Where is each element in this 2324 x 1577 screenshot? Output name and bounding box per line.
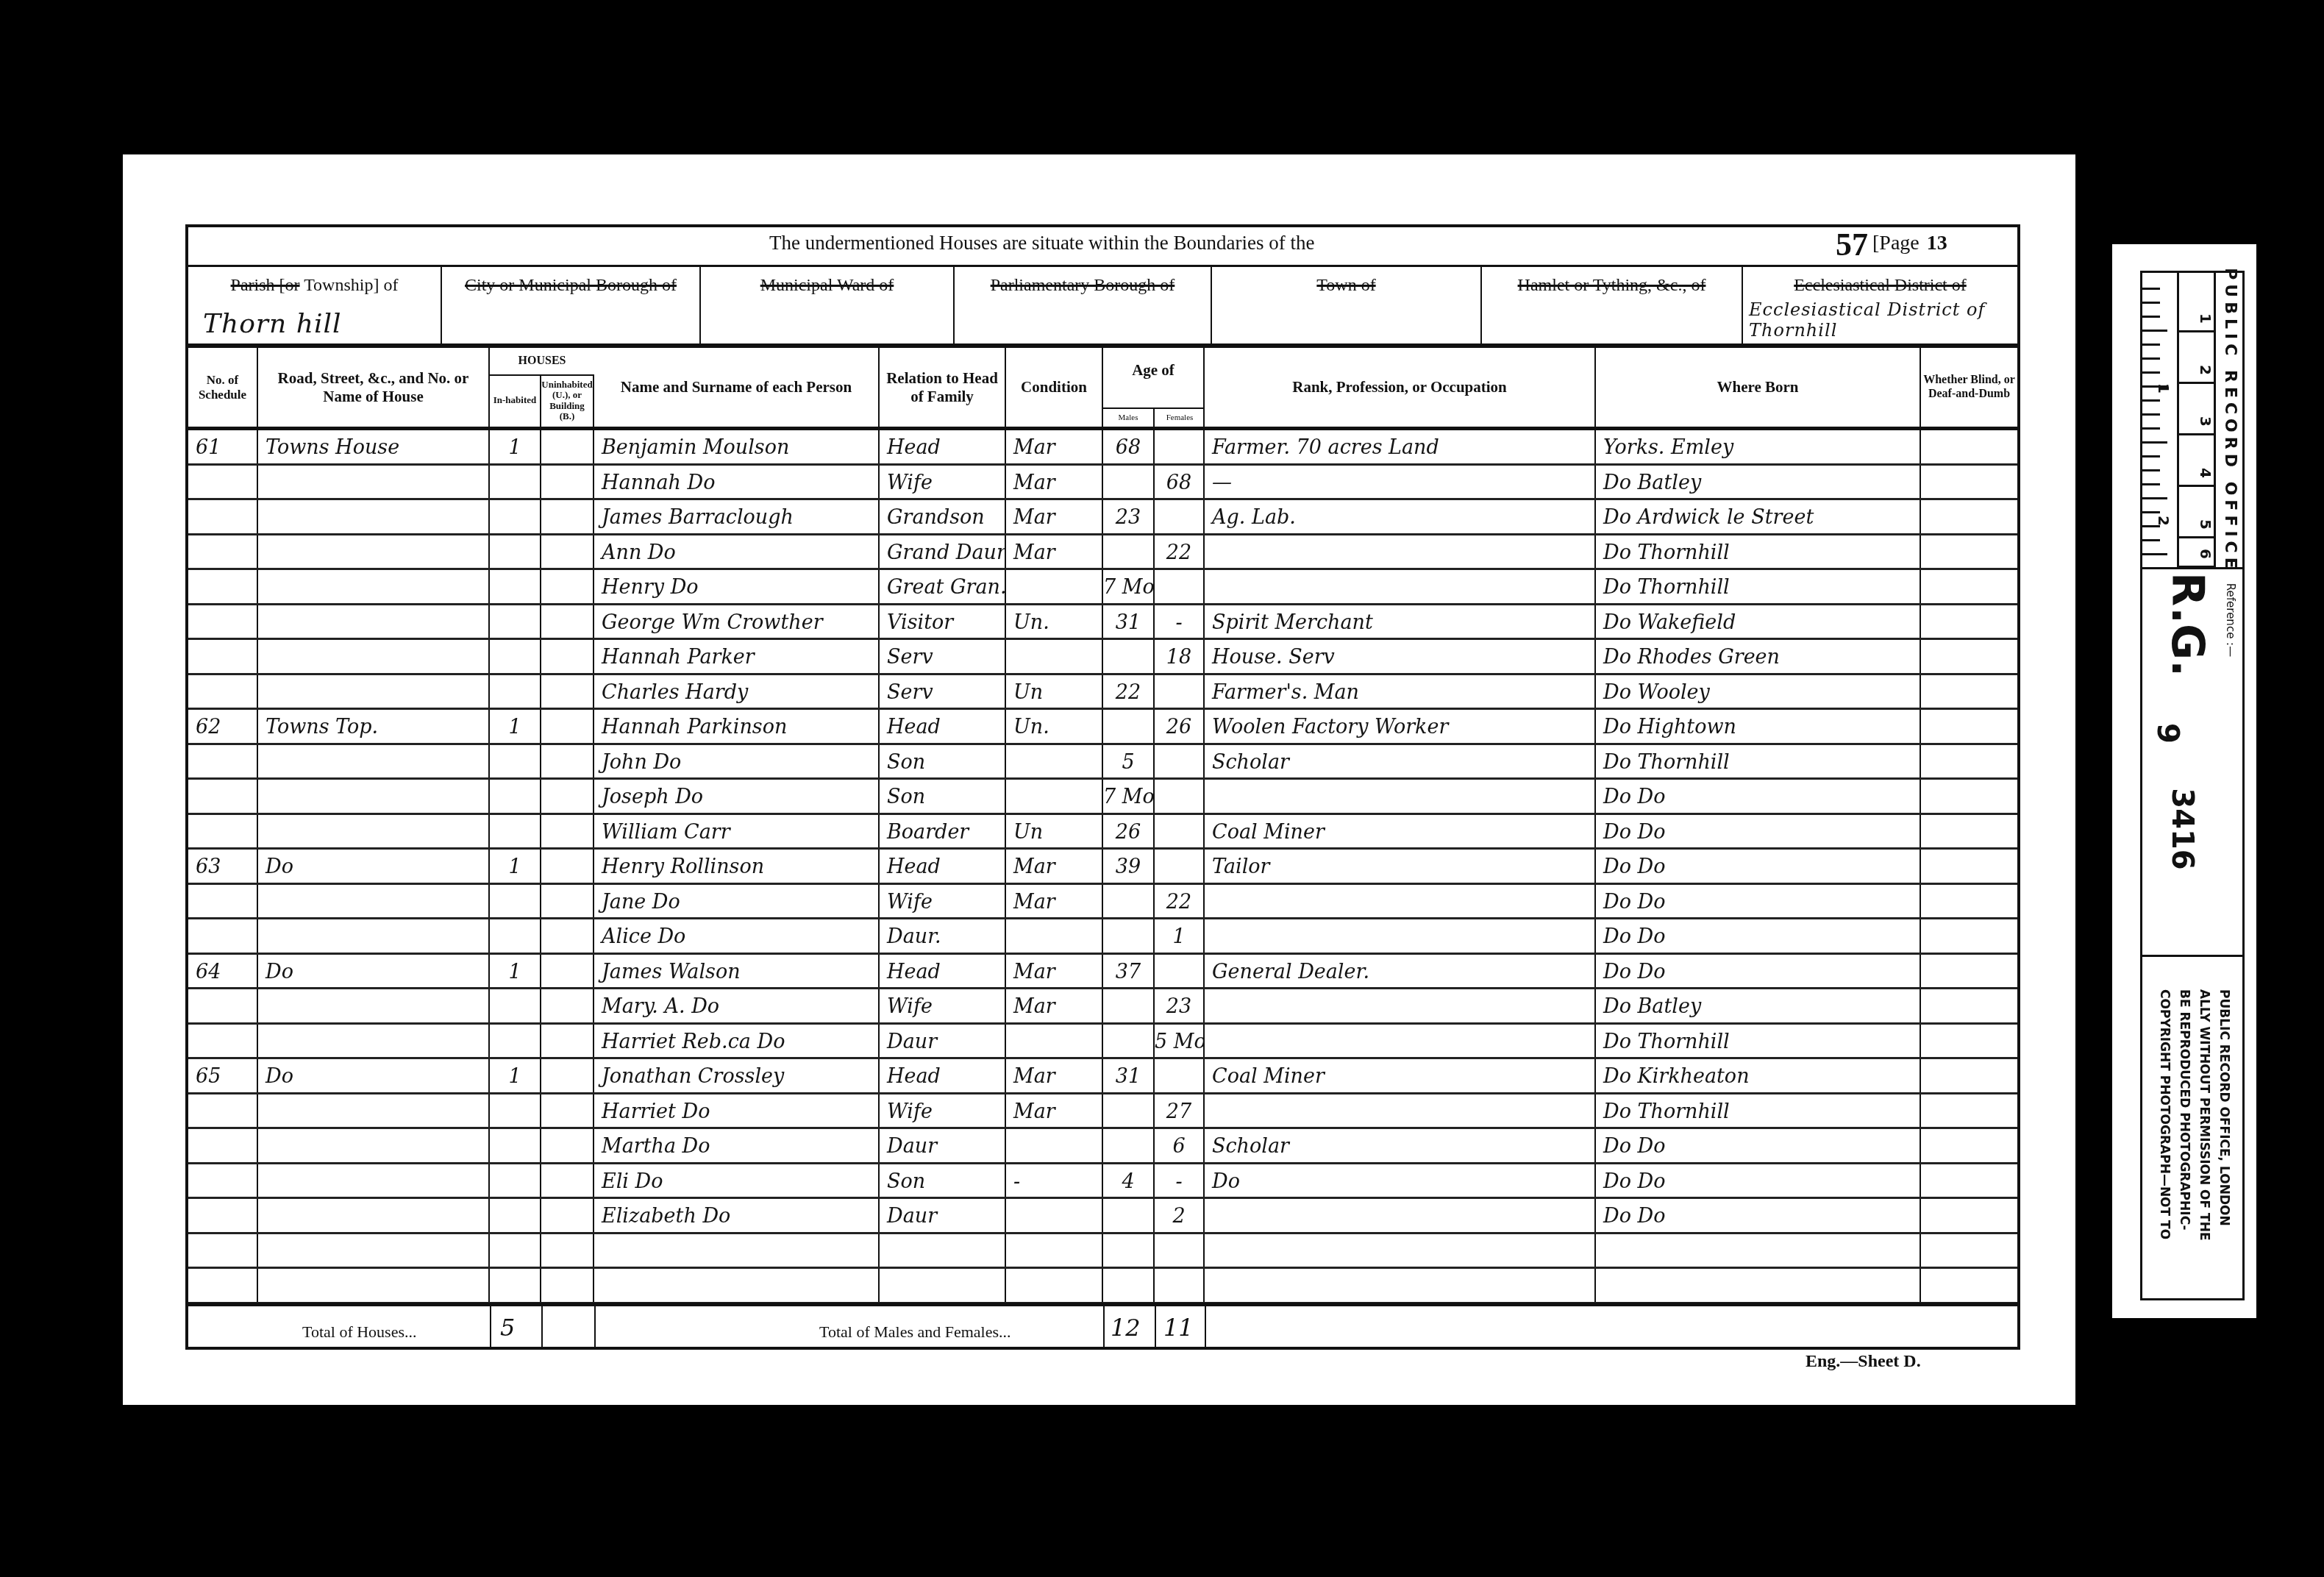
occupation-cell: Farmer. 70 acres Land: [1205, 430, 1596, 463]
uninhabited-cell: [541, 815, 594, 848]
condition-cell: Mar: [1006, 500, 1103, 533]
male-age-cell: 4: [1103, 1164, 1155, 1197]
township-value: Thorn hill: [203, 309, 341, 339]
header-occupation: Rank, Profession, or Occupation: [1205, 348, 1596, 427]
table-row: 63Do1Henry RollinsonHeadMar39TailorDo Do: [188, 850, 2017, 885]
condition-cell: Un: [1006, 815, 1103, 848]
ruler-tick: [2142, 343, 2160, 346]
occupation-cell: Ag. Lab.: [1205, 500, 1596, 533]
female-age-cell: [1155, 780, 1205, 813]
table-row: [188, 1269, 2017, 1304]
infirmity-cell: [1921, 535, 2023, 569]
condition-cell: Mar: [1006, 1059, 1103, 1092]
inhabited-cell: 1: [490, 430, 541, 463]
relation-cell: Head: [880, 850, 1006, 883]
occupation-cell: Farmer's. Man: [1205, 675, 1596, 708]
relation-cell: Great Gran. Son: [880, 570, 1006, 603]
header-name: Name and Surname of each Person: [594, 348, 880, 427]
header-females: Females: [1155, 407, 1205, 427]
occupation-cell: [1205, 535, 1596, 569]
female-age-cell: 5 Mo: [1155, 1025, 1205, 1058]
census-form: The undermentioned Houses are situate wi…: [185, 224, 2020, 1350]
female-age-cell: [1155, 850, 1205, 883]
where-born-cell: Yorks. Emley: [1596, 430, 1921, 463]
inhabited-cell: [490, 885, 541, 918]
schedule-cell: [188, 745, 258, 778]
name-cell: Martha Do: [594, 1129, 880, 1162]
table-row: Jane DoWifeMar22Do Do: [188, 885, 2017, 920]
relation-cell: Wife: [880, 885, 1006, 918]
totals-divider: [594, 1306, 596, 1348]
road-cell: [258, 745, 490, 778]
copyright-line: BE REPRODUCED PHOTOGRAPHIC-: [2174, 989, 2194, 1313]
condition-cell: [1006, 1234, 1103, 1267]
parish-township-cell: Parish [or Township] of Thorn hill: [188, 267, 442, 343]
uninhabited-cell: [541, 780, 594, 813]
where-born-cell: Do Batley: [1596, 466, 1921, 499]
reference-tag-frame: 1 2 1 2 3 4 5 6 PUBLIC RECORD OFFICE Ref…: [2140, 271, 2245, 1300]
inhabited-cell: [490, 745, 541, 778]
uninhabited-cell: [541, 710, 594, 743]
relation-cell: Head: [880, 430, 1006, 463]
occupation-cell: [1205, 1269, 1596, 1302]
scale-label: 4: [2197, 468, 2214, 478]
male-age-cell: 22: [1103, 675, 1155, 708]
relation-cell: Grand Daur: [880, 535, 1006, 569]
scale-segment: 4: [2179, 433, 2214, 487]
administrative-areas-row: Parish [or Township] of Thorn hill City …: [188, 267, 2017, 348]
ruler-tick: [2142, 455, 2160, 458]
occupation-cell: —: [1205, 466, 1596, 499]
municipal-borough-label: City or Municipal Borough of: [465, 276, 677, 295]
female-age-cell: 23: [1155, 989, 1205, 1022]
table-row: 65Do1Jonathan CrossleyHeadMar31Coal Mine…: [188, 1059, 2017, 1094]
ruler-tick: [2142, 330, 2167, 332]
relation-cell: Wife: [880, 1094, 1006, 1128]
uninhabited-cell: [541, 640, 594, 673]
uninhabited-cell: [541, 850, 594, 883]
hamlet-label: Hamlet or Tything, &c., of: [1518, 276, 1706, 295]
uninhabited-cell: [541, 500, 594, 533]
occupation-cell: [1205, 1025, 1596, 1058]
table-row: William CarrBoarderUn26Coal MinerDo Do: [188, 815, 2017, 850]
page-label-text: [Page: [1872, 232, 1920, 254]
schedule-cell: [188, 1164, 258, 1197]
name-cell: George Wm Crowther: [594, 605, 880, 638]
name-cell: [594, 1234, 880, 1267]
occupation-cell: [1205, 1234, 1596, 1267]
infirmity-cell: [1921, 815, 2023, 848]
occupation-cell: Coal Miner: [1205, 1059, 1596, 1092]
table-row: Harriet DoWifeMar27Do Thornhill: [188, 1094, 2017, 1130]
relation-cell: Serv: [880, 675, 1006, 708]
table-row: Hannah ParkerServ18House. ServDo Rhodes …: [188, 640, 2017, 675]
name-cell: Benjamin Moulson: [594, 430, 880, 463]
condition-cell: [1006, 1025, 1103, 1058]
centimetre-scale: 1 2 3 4 5 6: [2179, 273, 2216, 567]
male-age-cell: [1103, 1269, 1155, 1302]
header-inhabited: In-habited: [490, 374, 541, 427]
condition-cell: [1006, 1269, 1103, 1302]
condition-cell: Mar: [1006, 535, 1103, 569]
inhabited-cell: [490, 1129, 541, 1162]
table-row: John DoSon5ScholarDo Thornhill: [188, 745, 2017, 780]
header-males: Males: [1103, 407, 1155, 427]
copyright-line: ALLY WITHOUT PERMISSION OF THE: [2194, 989, 2214, 1313]
schedule-cell: [188, 1094, 258, 1128]
infirmity-cell: [1921, 1129, 2023, 1162]
road-cell: [258, 500, 490, 533]
road-cell: Do: [258, 955, 490, 988]
office-name-text: PUBLIC RECORD OFFICE: [2221, 268, 2239, 573]
condition-cell: [1006, 640, 1103, 673]
road-cell: [258, 815, 490, 848]
occupation-cell: Do: [1205, 1164, 1596, 1197]
inhabited-cell: [490, 570, 541, 603]
female-age-cell: [1155, 1269, 1205, 1302]
scale-segment: 2: [2179, 330, 2214, 384]
occupation-cell: [1205, 989, 1596, 1022]
road-cell: [258, 466, 490, 499]
inhabited-cell: [490, 1094, 541, 1128]
relation-cell: [880, 1269, 1006, 1302]
table-row: Charles HardyServUn22Farmer's. ManDo Woo…: [188, 675, 2017, 711]
parliamentary-borough-label: Parliamentary Borough of: [991, 276, 1175, 295]
schedule-cell: [188, 1025, 258, 1058]
infirmity-cell: [1921, 675, 2023, 708]
name-cell: Henry Do: [594, 570, 880, 603]
uninhabited-cell: [541, 570, 594, 603]
where-born-cell: Do Thornhill: [1596, 535, 1921, 569]
page-number: 13: [1927, 232, 1947, 254]
road-cell: [258, 1164, 490, 1197]
inhabited-cell: 1: [490, 955, 541, 988]
table-row: [188, 1234, 2017, 1270]
schedule-cell: [188, 466, 258, 499]
road-cell: [258, 989, 490, 1022]
ruler-tick: [2142, 553, 2167, 555]
ruler-tick: [2142, 357, 2160, 360]
total-persons-label: Total of Males and Females...: [819, 1323, 1011, 1342]
infirmity-cell: [1921, 466, 2023, 499]
table-row: Martha DoDaur6ScholarDo Do: [188, 1129, 2017, 1164]
name-cell: Jonathan Crossley: [594, 1059, 880, 1092]
relation-cell: Serv: [880, 640, 1006, 673]
relation-cell: Son: [880, 1164, 1006, 1197]
schedule-cell: [188, 605, 258, 638]
municipal-ward-cell: Municipal Ward of: [701, 267, 955, 343]
ruler-tick: [2142, 497, 2167, 499]
table-row: 64Do1James WalsonHeadMar37General Dealer…: [188, 955, 2017, 990]
name-cell: Mary. A. Do: [594, 989, 880, 1022]
road-cell: [258, 605, 490, 638]
totals-divider: [1205, 1306, 1206, 1348]
occupation-cell: [1205, 919, 1596, 953]
header-condition: Condition: [1006, 348, 1103, 427]
relation-cell: Visitor: [880, 605, 1006, 638]
where-born-cell: Do Wakefield: [1596, 605, 1921, 638]
total-houses-value: 5: [500, 1314, 515, 1342]
where-born-cell: Do Wooley: [1596, 675, 1921, 708]
female-age-cell: 2: [1155, 1199, 1205, 1232]
name-cell: James Barraclough: [594, 500, 880, 533]
occupation-cell: General Dealer.: [1205, 955, 1596, 988]
condition-cell: [1006, 745, 1103, 778]
female-age-cell: [1155, 815, 1205, 848]
inhabited-cell: [490, 466, 541, 499]
schedule-cell: 62: [188, 710, 258, 743]
where-born-cell: Do Do: [1596, 1164, 1921, 1197]
header-relation: Relation to Head of Family: [880, 348, 1006, 427]
table-row: Joseph DoSon7 MoDo Do: [188, 780, 2017, 815]
road-cell: [258, 1199, 490, 1232]
occupation-cell: [1205, 780, 1596, 813]
infirmity-cell: [1921, 919, 2023, 953]
uninhabited-cell: [541, 955, 594, 988]
condition-cell: [1006, 570, 1103, 603]
male-age-cell: [1103, 710, 1155, 743]
name-cell: Henry Rollinson: [594, 850, 880, 883]
reference-piece: 3416: [2165, 788, 2199, 869]
road-cell: Towns House: [258, 430, 490, 463]
road-cell: [258, 1269, 490, 1302]
male-age-cell: [1103, 1234, 1155, 1267]
condition-cell: [1006, 1129, 1103, 1162]
inhabited-cell: [490, 1164, 541, 1197]
uninhabited-cell: [541, 919, 594, 953]
road-cell: [258, 780, 490, 813]
name-cell: Charles Hardy: [594, 675, 880, 708]
male-age-cell: [1103, 1094, 1155, 1128]
ruler-tick: [2142, 288, 2160, 290]
male-age-cell: [1103, 989, 1155, 1022]
where-born-cell: Do Thornhill: [1596, 1094, 1921, 1128]
parliamentary-borough-cell: Parliamentary Borough of: [955, 267, 1212, 343]
town-label: Town of: [1316, 276, 1375, 295]
male-age-cell: 7 Mo: [1103, 570, 1155, 603]
infirmity-cell: [1921, 570, 2023, 603]
total-females-value: 11: [1163, 1314, 1194, 1342]
uninhabited-cell: [541, 1129, 594, 1162]
schedule-cell: [188, 675, 258, 708]
relation-cell: Son: [880, 780, 1006, 813]
name-cell: William Carr: [594, 815, 880, 848]
occupation-cell: [1205, 1199, 1596, 1232]
inhabited-cell: 1: [490, 710, 541, 743]
where-born-cell: Do Batley: [1596, 989, 1921, 1022]
relation-cell: Wife: [880, 466, 1006, 499]
where-born-cell: Do Thornhill: [1596, 570, 1921, 603]
where-born-cell: [1596, 1269, 1921, 1302]
inhabited-cell: [490, 675, 541, 708]
road-cell: [258, 919, 490, 953]
name-cell: Hannah Do: [594, 466, 880, 499]
uninhabited-cell: [541, 1234, 594, 1267]
uninhabited-cell: [541, 745, 594, 778]
uninhabited-cell: [541, 1094, 594, 1128]
relation-cell: Daur: [880, 1129, 1006, 1162]
name-cell: Harriet Do: [594, 1094, 880, 1128]
table-row: James BarracloughGrandsonMar23Ag. Lab.Do…: [188, 500, 2017, 535]
female-age-cell: 1: [1155, 919, 1205, 953]
schedule-cell: [188, 1269, 258, 1302]
totals-divider: [1155, 1306, 1156, 1348]
condition-cell: Mar: [1006, 885, 1103, 918]
uninhabited-cell: [541, 466, 594, 499]
schedule-cell: [188, 885, 258, 918]
road-cell: [258, 1234, 490, 1267]
uninhabited-cell: [541, 989, 594, 1022]
male-age-cell: 39: [1103, 850, 1155, 883]
where-born-cell: Do Do: [1596, 885, 1921, 918]
male-age-cell: [1103, 885, 1155, 918]
condition-cell: Mar: [1006, 466, 1103, 499]
ruler-tick: [2142, 399, 2160, 402]
header-where-born: Where Born: [1596, 348, 1921, 427]
female-age-cell: 22: [1155, 885, 1205, 918]
male-age-cell: 31: [1103, 1059, 1155, 1092]
name-cell: Alice Do: [594, 919, 880, 953]
scale-label: 3: [2197, 416, 2214, 427]
road-cell: [258, 1129, 490, 1162]
name-cell: Hannah Parker: [594, 640, 880, 673]
hamlet-cell: Hamlet or Tything, &c., of: [1482, 267, 1743, 343]
road-cell: [258, 1094, 490, 1128]
schedule-cell: 65: [188, 1059, 258, 1092]
infirmity-cell: [1921, 1199, 2023, 1232]
relation-cell: [880, 1234, 1006, 1267]
female-age-cell: [1155, 675, 1205, 708]
occupation-cell: [1205, 1094, 1596, 1128]
township-label: Township] of: [304, 276, 398, 295]
condition-cell: Un.: [1006, 605, 1103, 638]
female-age-cell: [1155, 955, 1205, 988]
condition-cell: -: [1006, 1164, 1103, 1197]
header-infirmity: Whether Blind, or Deaf-and-Dumb: [1921, 348, 2017, 427]
table-row: George Wm CrowtherVisitorUn.31-Spirit Me…: [188, 605, 2017, 641]
name-cell: James Walson: [594, 955, 880, 988]
male-age-cell: 31: [1103, 605, 1155, 638]
ruler-tick: [2142, 316, 2160, 318]
town-cell: Town of: [1212, 267, 1482, 343]
female-age-cell: [1155, 745, 1205, 778]
female-age-cell: 22: [1155, 535, 1205, 569]
condition-cell: Un: [1006, 675, 1103, 708]
male-age-cell: [1103, 640, 1155, 673]
road-cell: [258, 885, 490, 918]
infirmity-cell: [1921, 430, 2023, 463]
total-males-value: 12: [1111, 1314, 1141, 1342]
female-age-cell: 18: [1155, 640, 1205, 673]
female-age-cell: [1155, 430, 1205, 463]
inhabited-cell: [490, 1234, 541, 1267]
ruler-tick: [2142, 525, 2160, 527]
uninhabited-cell: [541, 1164, 594, 1197]
table-row: Mary. A. DoWifeMar23Do Batley: [188, 989, 2017, 1025]
relation-cell: Daur.: [880, 919, 1006, 953]
relation-cell: Boarder: [880, 815, 1006, 848]
relation-cell: Head: [880, 1059, 1006, 1092]
name-cell: Ann Do: [594, 535, 880, 569]
uninhabited-cell: [541, 1059, 594, 1092]
infirmity-cell: [1921, 850, 2023, 883]
relation-cell: Wife: [880, 989, 1006, 1022]
infirmity-cell: [1921, 780, 2023, 813]
inhabited-cell: [490, 780, 541, 813]
ruler-tick: [2142, 385, 2167, 388]
road-cell: Towns Top.: [258, 710, 490, 743]
schedule-cell: [188, 640, 258, 673]
road-cell: [258, 1025, 490, 1058]
male-age-cell: 7 Mo: [1103, 780, 1155, 813]
scale-label: 1: [2197, 313, 2214, 324]
infirmity-cell: [1921, 500, 2023, 533]
header-houses: HOUSES: [490, 348, 594, 376]
where-born-cell: Do Do: [1596, 850, 1921, 883]
form-heading: The undermentioned Houses are situate wi…: [188, 227, 2017, 267]
schedule-cell: [188, 535, 258, 569]
schedule-cell: [188, 570, 258, 603]
total-houses-label: Total of Houses...: [302, 1323, 417, 1342]
female-age-cell: [1155, 1059, 1205, 1092]
reference-number-box: Reference :— R.G. 9 3416: [2142, 567, 2242, 957]
female-age-cell: -: [1155, 1164, 1205, 1197]
road-cell: [258, 640, 490, 673]
ruler-tick: [2142, 302, 2160, 304]
where-born-cell: Do Kirkheaton: [1596, 1059, 1921, 1092]
condition-cell: Mar: [1006, 1094, 1103, 1128]
inhabited-cell: [490, 989, 541, 1022]
occupation-cell: [1205, 885, 1596, 918]
male-age-cell: 37: [1103, 955, 1155, 988]
name-cell: Joseph Do: [594, 780, 880, 813]
schedule-cell: [188, 1129, 258, 1162]
male-age-cell: [1103, 1025, 1155, 1058]
name-cell: Elizabeth Do: [594, 1199, 880, 1232]
where-born-cell: Do Hightown: [1596, 710, 1921, 743]
table-row: Henry DoGreat Gran. Son7 MoDo Thornhill: [188, 570, 2017, 605]
table-row: Harriet Reb.ca DoDaur5 MoDo Thornhill: [188, 1025, 2017, 1060]
table-row: 62Towns Top.1Hannah ParkinsonHeadUn.26Wo…: [188, 710, 2017, 745]
scale-segment: 3: [2179, 382, 2214, 435]
where-born-cell: Do Ardwick le Street: [1596, 500, 1921, 533]
female-age-cell: 27: [1155, 1094, 1205, 1128]
relation-cell: Head: [880, 955, 1006, 988]
schedule-cell: [188, 780, 258, 813]
male-age-cell: 68: [1103, 430, 1155, 463]
occupation-cell: Woolen Factory Worker: [1205, 710, 1596, 743]
uninhabited-cell: [541, 1199, 594, 1232]
infirmity-cell: [1921, 1059, 2023, 1092]
ruler-tick: [2142, 413, 2160, 416]
where-born-cell: Do Rhodes Green: [1596, 640, 1921, 673]
where-born-cell: Do Do: [1596, 780, 1921, 813]
road-cell: Do: [258, 1059, 490, 1092]
relation-cell: Son: [880, 745, 1006, 778]
table-row: 61Towns House1Benjamin MoulsonHeadMar68F…: [188, 430, 2017, 466]
totals-divider: [490, 1306, 491, 1348]
road-cell: [258, 535, 490, 569]
road-cell: Do: [258, 850, 490, 883]
inhabited-cell: [490, 500, 541, 533]
relation-cell: Daur: [880, 1199, 1006, 1232]
infirmity-cell: [1921, 640, 2023, 673]
infirmity-cell: [1921, 989, 2023, 1022]
infirmity-cell: [1921, 1164, 2023, 1197]
public-record-office-label: PUBLIC RECORD OFFICE: [2216, 273, 2244, 567]
occupation-cell: Spirit Merchant: [1205, 605, 1596, 638]
inhabited-cell: 1: [490, 850, 541, 883]
